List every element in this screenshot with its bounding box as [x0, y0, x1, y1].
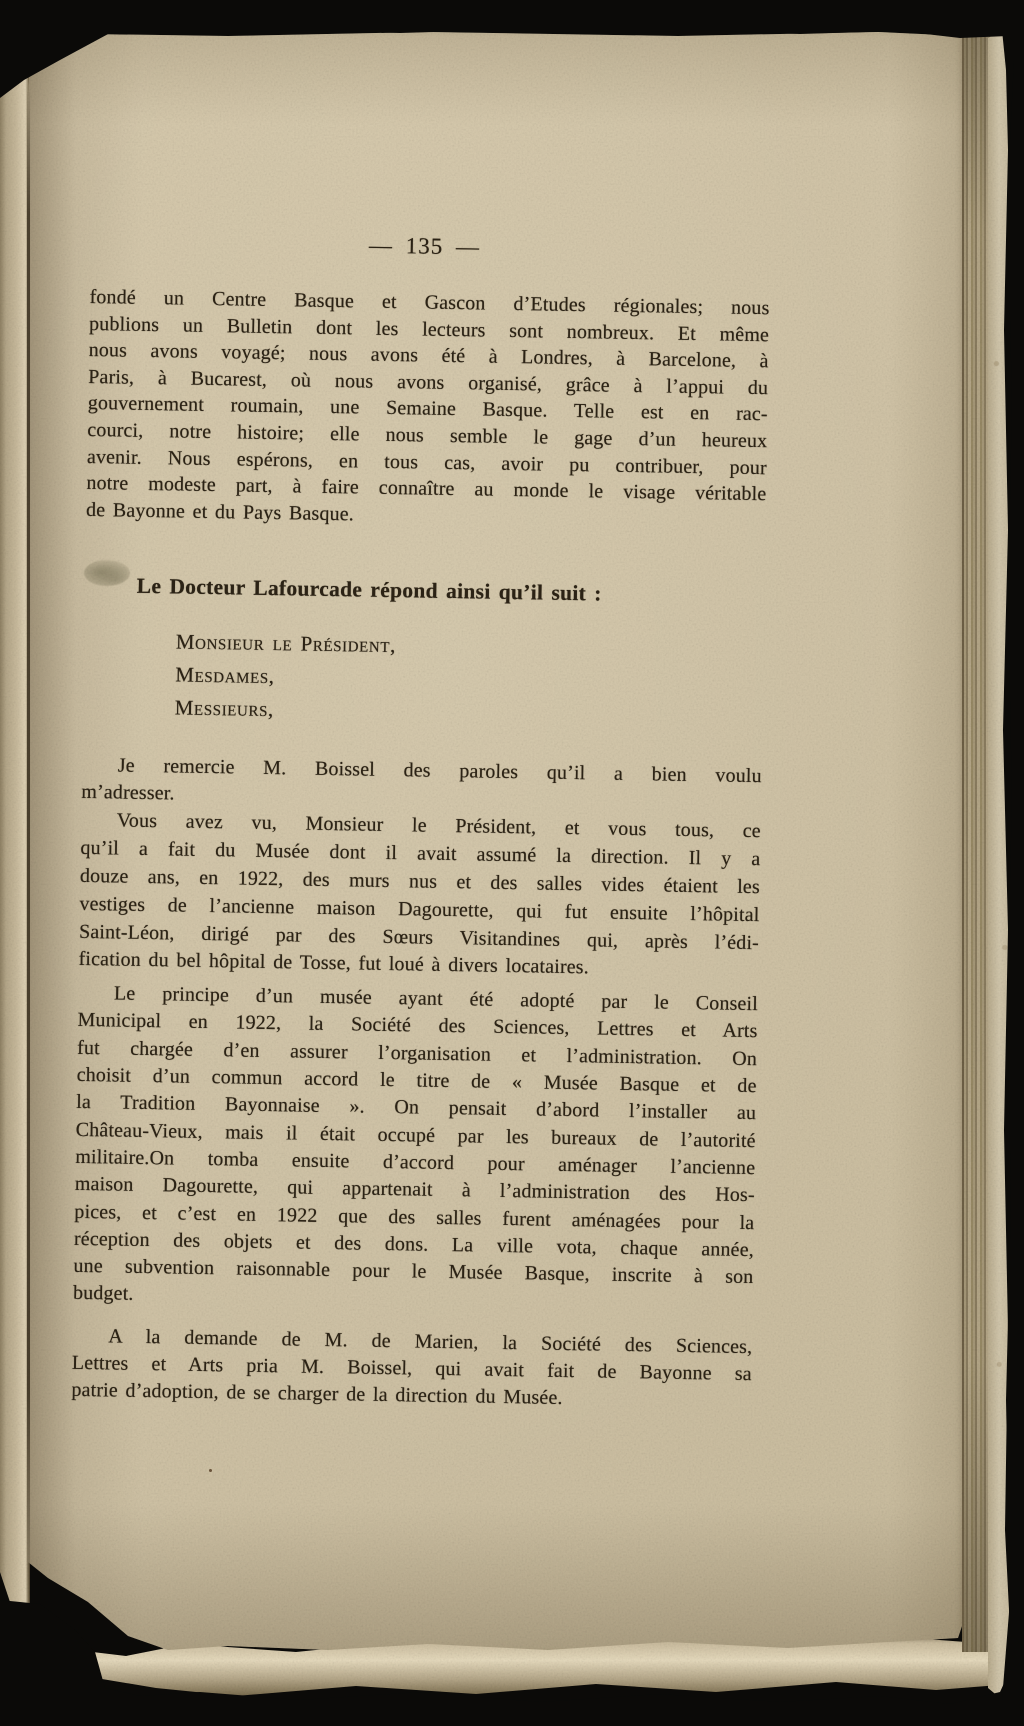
gutter-shadow-line [27, 92, 30, 1604]
book-page: — 135 — fondé un Centre Basque et Gascon… [28, 30, 964, 1654]
page-number: — 135 — [90, 226, 758, 267]
page-edges-stack [962, 36, 992, 1652]
paragraph: Vous avez vu, Monsieur le Président, et … [78, 807, 761, 985]
paragraph: Je remercie M. Boissel des paroles qu’il… [81, 752, 762, 817]
paragraph-continuation: fondé un Centre Basque et Gascon d’Etude… [86, 284, 770, 535]
paragraph: A la demande de M. de Marien, la Société… [71, 1323, 752, 1415]
salutation-block: Monsieur le Président, Mesdames, Messieu… [174, 626, 764, 735]
paragraph: Le principe d’un musée ayant été adopté … [73, 980, 758, 1319]
page-text-block: — 135 — fondé un Centre Basque et Gascon… [71, 30, 774, 1415]
speech-intro-heading: Le Docteur Lafourcade répond ainsi qu’il… [85, 572, 765, 610]
scanned-book-photo: — 135 — fondé un Centre Basque et Gascon… [0, 0, 1024, 1726]
facing-page-edge [0, 34, 30, 1610]
paper-speck [209, 1469, 212, 1472]
